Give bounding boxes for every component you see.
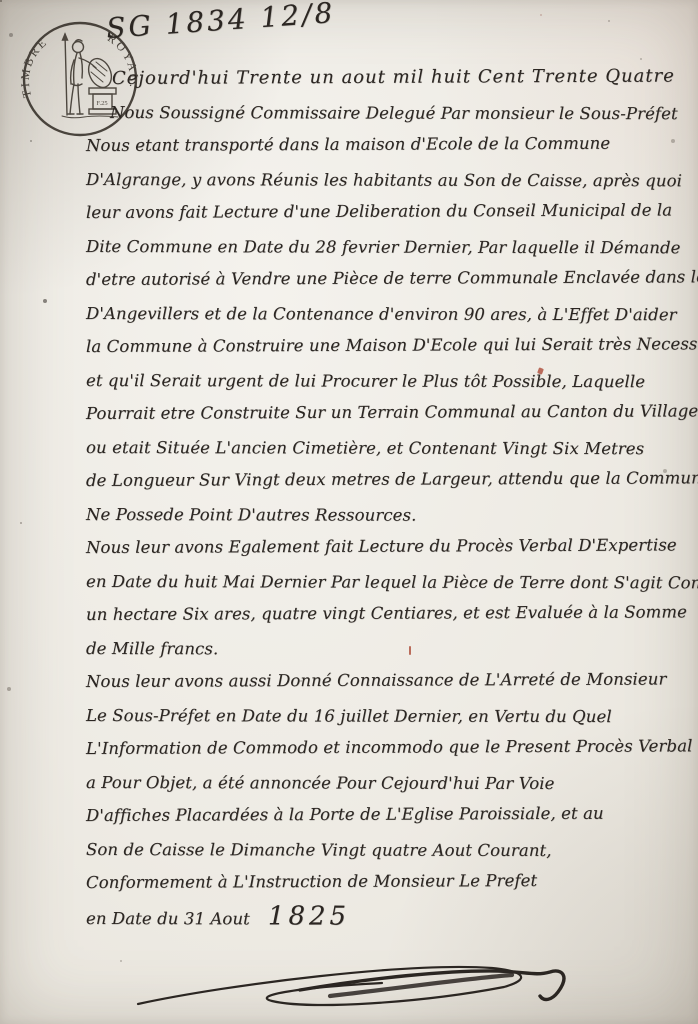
- document-line: Nous leur avons aussi Donné Connaissance…: [86, 662, 692, 698]
- document-line: D'Algrange, y avons Réunis les habitants…: [86, 163, 692, 198]
- scanned-document-page: { "colors": { "paper": "#eeebe4", "ink":…: [0, 0, 698, 1024]
- document-line: en Date du huit Mai Dernier Par lequel l…: [86, 565, 692, 600]
- closing-year: 1825: [268, 901, 350, 931]
- document-body: Cejourd'hui Trente un aout mil huit Cent…: [86, 62, 692, 933]
- document-line: Nous Soussigné Commissaire Delegué Par m…: [110, 96, 692, 131]
- document-line: ou etait Située L'ancien Cimetière, et C…: [86, 431, 692, 466]
- document-line: Cejourd'hui Trente un aout mil huit Cent…: [112, 59, 692, 95]
- document-line: de Mille francs.: [86, 632, 692, 667]
- document-line: D'affiches Placardées à la Porte de L'Eg…: [86, 796, 692, 832]
- document-line: et qu'il Serait urgent de lui Procurer l…: [86, 364, 692, 399]
- document-line: d'etre autorisé à Vendre une Pièce de te…: [86, 260, 692, 296]
- signature-paraph: [120, 948, 570, 1018]
- document-line: Dite Commune en Date du 28 fevrier Derni…: [86, 230, 692, 265]
- document-line: Son de Caisse le Dimanche Vingt quatre A…: [86, 833, 692, 868]
- document-line: Pourrait etre Construite Sur un Terrain …: [86, 394, 692, 430]
- document-line: a Pour Objet, a été annoncée Pour Cejour…: [86, 766, 692, 801]
- document-line: Conformement à L'Instruction de Monsieur…: [86, 863, 692, 899]
- document-line: D'Angevillers et de la Contenance d'envi…: [86, 297, 692, 332]
- closing-date-text: en Date du 31 Aout: [86, 909, 250, 928]
- document-line: de Longueur Sur Vingt deux metres de Lar…: [86, 461, 692, 497]
- red-ink-mark: [409, 646, 411, 655]
- document-line: un hectare Six ares, quatre vingt Centia…: [86, 595, 692, 631]
- document-line: Nous etant transporté dans la maison d'E…: [86, 126, 692, 162]
- registry-mark: SG 1834 12/8: [105, 0, 336, 45]
- document-line: L'Information de Commodo et incommodo qu…: [86, 729, 692, 765]
- document-line: Ne Possede Point D'autres Ressources.: [86, 498, 692, 533]
- closing-date-line: en Date du 31 Aout1825: [86, 900, 692, 935]
- paper-specks: [0, 0, 2, 2]
- document-line: Nous leur avons Egalement fait Lecture d…: [86, 528, 692, 564]
- document-line: la Commune à Construire une Maison D'Eco…: [86, 327, 692, 363]
- document-line: Le Sous-Préfet en Date du 16 juillet Der…: [86, 699, 692, 734]
- document-line: leur avons fait Lecture d'une Deliberati…: [86, 193, 692, 229]
